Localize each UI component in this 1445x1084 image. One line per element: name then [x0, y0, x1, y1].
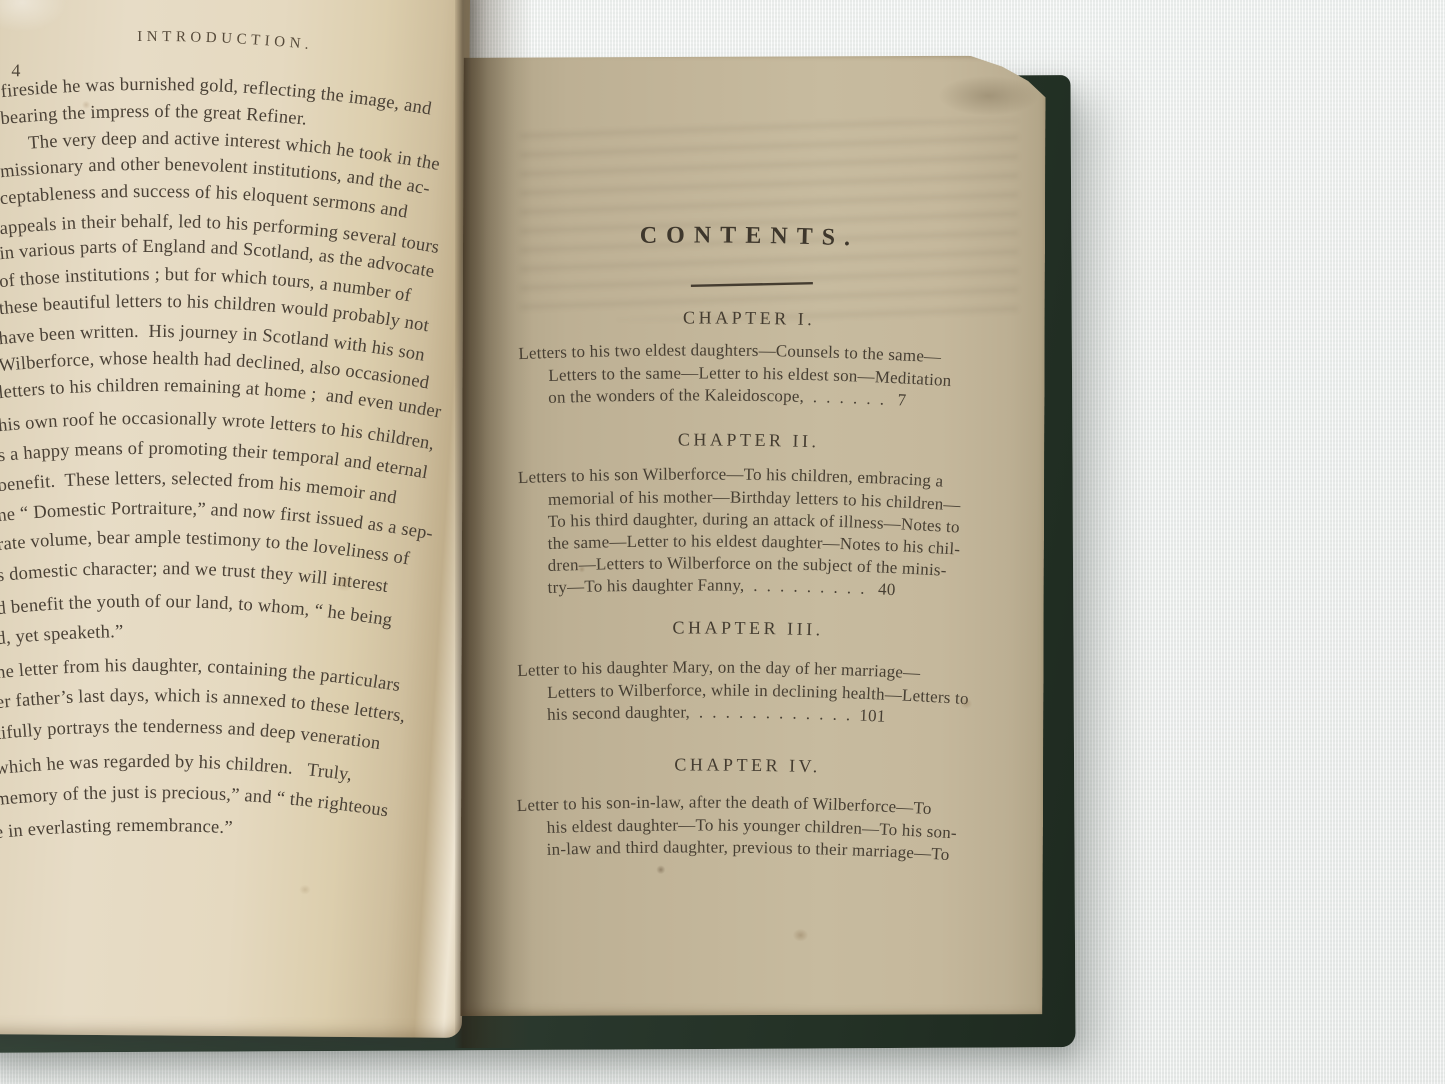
left-page-line: which he was regarded by his children. T… — [0, 751, 353, 786]
toc-line: Letter to his son-in-law, after the deat… — [516, 792, 932, 818]
chapter-heading: CHAPTER IV. — [674, 754, 821, 776]
left-page-line: d, yet speaketh.” — [0, 621, 124, 650]
contents-page-text: CONTENTS. CHAPTER I. Letters to his two … — [460, 54, 1045, 1018]
left-page-text: INTRODUCTION. 4 fireside he was burnishe… — [0, 0, 470, 1038]
toc-line: on the wonders of the Kaleidoscope, . . … — [548, 385, 907, 410]
chapter-heading: CHAPTER II. — [678, 429, 820, 451]
contents-title: CONTENTS. — [640, 222, 860, 251]
toc-line: Letter to his daughter Mary, on the day … — [517, 657, 922, 683]
toc-line: in-law and third daughter, previous to t… — [546, 837, 950, 864]
right-page: CONTENTS. CHAPTER I. Letters to his two … — [460, 54, 1045, 1018]
left-page-line: bearing the impress of the great Refiner… — [0, 101, 308, 132]
contents-rule — [691, 283, 813, 286]
chapter-heading: CHAPTER III. — [672, 617, 824, 639]
toc-line: Letters to his two eldest daughters—Coun… — [518, 340, 943, 367]
toc-line: Letters to his son Wilberforce—To his ch… — [518, 464, 945, 491]
photo-background: INTRODUCTION. 4 fireside he was burnishe… — [0, 0, 1445, 1084]
toc-line: his second daughter, . . . . . . . . . .… — [547, 702, 886, 726]
toc-line: try—To his daughter Fanny, . . . . . . .… — [547, 575, 896, 599]
chapter-heading: CHAPTER I. — [683, 307, 816, 329]
left-page-line: e in everlasting remembrance.” — [0, 815, 233, 845]
left-page-line: s domestic character; and we trust they … — [0, 558, 390, 598]
left-page-line: memory of the just is precious,” and “ t… — [0, 782, 390, 822]
left-page-line: tifully portrays the tenderness and deep… — [0, 716, 382, 754]
running-header: INTRODUCTION. — [137, 29, 314, 53]
page-number: 4 — [11, 60, 20, 80]
left-page: INTRODUCTION. 4 fireside he was burnishe… — [0, 0, 470, 1038]
